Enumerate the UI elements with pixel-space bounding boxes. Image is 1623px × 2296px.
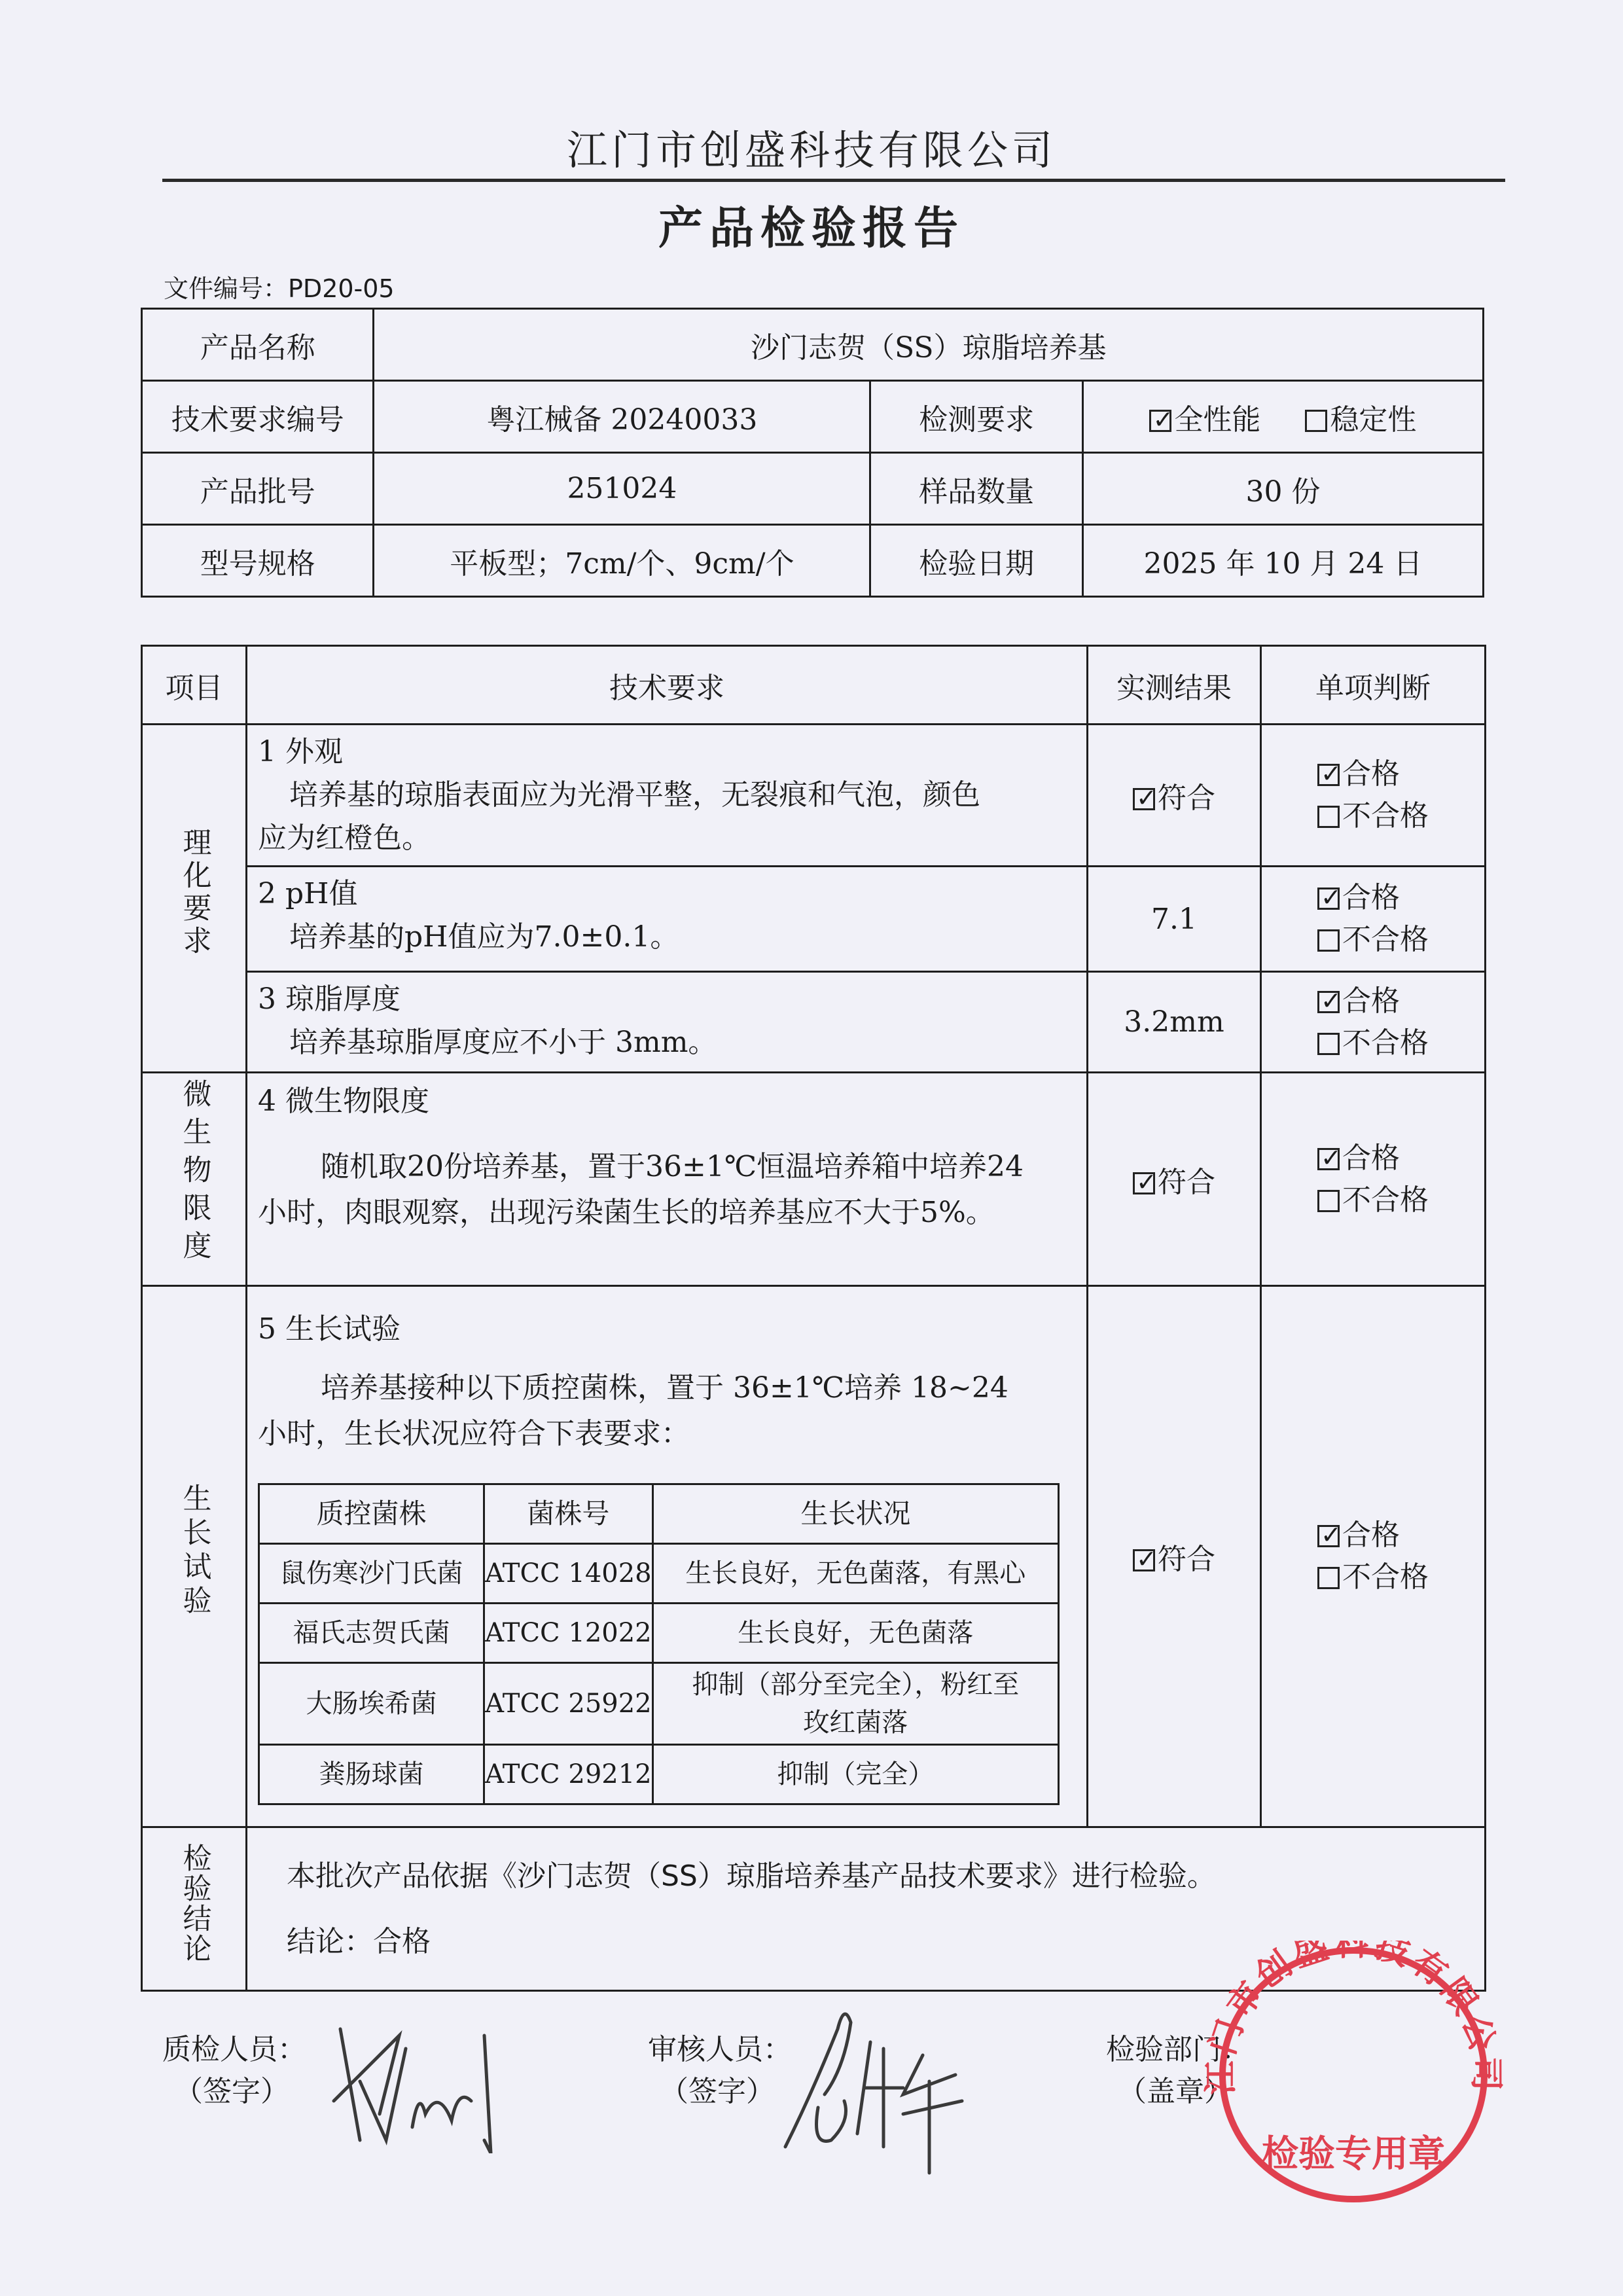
header-judgement: 单项判断 xyxy=(1261,646,1486,725)
header-result: 实测结果 xyxy=(1088,646,1261,725)
strain-header-row: 质控菌株 菌株号 生长状况 xyxy=(259,1484,1059,1544)
strain-row: 福氏志贺氏菌 ATCC 12022 生长良好，无色菌落 xyxy=(259,1604,1059,1663)
info-row-model: 型号规格 平板型；7cm/个、9cm/个 检验日期 2025 年 10 月 24… xyxy=(142,525,1484,597)
judge-appearance-fail-checkbox[interactable] xyxy=(1317,806,1340,828)
strain-growth: 生长良好，无色菌落，有黑心 xyxy=(652,1544,1058,1604)
group-physchem: 理化要求 xyxy=(142,725,247,1073)
judge-fail-label: 不合格 xyxy=(1342,1183,1429,1217)
inspection-row-thickness: 3 琼脂厚度 培养基琼脂厚度应不小于 3mm。 3.2mm 合格 不合格 xyxy=(142,972,1486,1073)
stability-checkbox[interactable] xyxy=(1305,410,1327,432)
sample-qty-label: 样品数量 xyxy=(870,453,1082,525)
conclusion-text: 本批次产品依据《沙门志贺（SS）琼脂培养基产品技术要求》进行检验。 xyxy=(287,1844,1484,1909)
result-appearance-checkbox[interactable] xyxy=(1133,788,1155,810)
group-conclusion: 检验结论 xyxy=(142,1827,247,1991)
req-ph-title: 2 pH值 xyxy=(258,872,1086,916)
strain-row: 鼠伤寒沙门氏菌 ATCC 14028 生长良好，无色菌落，有黑心 xyxy=(259,1544,1059,1604)
test-req-label: 检测要求 xyxy=(870,381,1082,453)
judge-thickness: 合格 不合格 xyxy=(1261,972,1486,1073)
result-thickness: 3.2mm xyxy=(1088,972,1261,1073)
judge-fail-label: 不合格 xyxy=(1342,799,1429,833)
strain-name: 大肠埃希菌 xyxy=(259,1663,484,1745)
strain-id: ATCC 14028 xyxy=(484,1544,653,1604)
seal-inner-text: 检验专用章 xyxy=(1262,2133,1445,2176)
result-ph: 7.1 xyxy=(1088,867,1261,972)
header-tech-req: 技术要求 xyxy=(247,646,1088,725)
judge-microbial-fail-checkbox[interactable] xyxy=(1317,1190,1340,1212)
result-appearance-value: 符合 xyxy=(1158,781,1215,815)
group-growth-label: 生长试验 xyxy=(174,1483,215,1619)
file-number-label: 文件编号： xyxy=(164,274,288,303)
inspection-row-growth: 生长试验 5 生长试验 培养基接种以下质控菌株，置于 36±1℃培养 18~24… xyxy=(142,1286,1486,1827)
group-micro-label: 微生物限度 xyxy=(174,1079,215,1268)
reviewer-signature-field: 审核人员： （签字） xyxy=(648,2029,792,2113)
inspection-row-microbial: 微生物限度 4 微生物限度 随机取20份培养基，置于36±1℃恒温培养箱中培养2… xyxy=(142,1073,1486,1286)
file-number: 文件编号：PD20-05 xyxy=(164,268,395,304)
inspection-row-appearance: 理化要求 1 外观 培养基的琼脂表面应为光滑平整，无裂痕和气泡，颜色 应为红橙色… xyxy=(142,725,1486,867)
strain-header-name: 质控菌株 xyxy=(259,1484,484,1544)
group-micro: 微生物限度 xyxy=(142,1073,247,1286)
result-growth: 符合 xyxy=(1088,1286,1261,1827)
strain-header-growth: 生长状况 xyxy=(652,1484,1058,1544)
judge-pass-label: 合格 xyxy=(1342,757,1400,791)
result-appearance: 符合 xyxy=(1088,725,1261,867)
judge-pass-label: 合格 xyxy=(1342,984,1400,1018)
req-microbial: 4 微生物限度 随机取20份培养基，置于36±1℃恒温培养箱中培养24 小时，肉… xyxy=(247,1073,1088,1286)
company-name: 江门市创盛科技有限公司 xyxy=(0,118,1623,176)
full-performance-checkbox[interactable] xyxy=(1149,410,1171,432)
strain-growth: 抑制（部分至完全），粉红至 玫红菌落 xyxy=(652,1663,1058,1745)
req-thickness-text1: 培养基琼脂厚度应不小于 3mm。 xyxy=(258,1021,1086,1064)
strain-growth: 抑制（完全） xyxy=(652,1745,1058,1804)
model-label: 型号规格 xyxy=(142,525,374,597)
inspector-label: 质检人员： xyxy=(162,2029,306,2071)
reviewer-signature xyxy=(772,2003,1008,2179)
product-info-table: 产品名称 沙门志贺（SS）琼脂培养基 技术要求编号 粤江械备 20240033 … xyxy=(141,308,1484,598)
judge-microbial-pass-checkbox[interactable] xyxy=(1317,1148,1340,1170)
info-row-batch: 产品批号 251024 样品数量 30 份 xyxy=(142,453,1484,525)
req-appearance: 1 外观 培养基的琼脂表面应为光滑平整，无裂痕和气泡，颜色 应为红橙色。 xyxy=(247,725,1088,867)
req-thickness: 3 琼脂厚度 培养基琼脂厚度应不小于 3mm。 xyxy=(247,972,1088,1073)
inspection-table: 项目 技术要求 实测结果 单项判断 理化要求 1 外观 培养基的琼脂表面应为光滑… xyxy=(141,645,1486,1992)
reviewer-sub: （签字） xyxy=(648,2071,792,2113)
product-name-label: 产品名称 xyxy=(142,309,374,381)
company-seal: 江门市创盛科技有限公司 检验专用章 xyxy=(1203,1941,1504,2202)
req-ph-text1: 培养基的pH值应为7.0±0.1。 xyxy=(258,916,1086,959)
judge-growth-pass-checkbox[interactable] xyxy=(1317,1525,1340,1547)
info-row-product-name: 产品名称 沙门志贺（SS）琼脂培养基 xyxy=(142,309,1484,381)
judge-ph-pass-checkbox[interactable] xyxy=(1317,888,1340,910)
strain-row: 大肠埃希菌 ATCC 25922 抑制（部分至完全），粉红至 玫红菌落 xyxy=(259,1663,1059,1745)
req-appearance-text1: 培养基的琼脂表面应为光滑平整，无裂痕和气泡，颜色 xyxy=(258,774,1086,817)
info-row-tech-req: 技术要求编号 粤江械备 20240033 检测要求 全性能 稳定性 xyxy=(142,381,1484,453)
judge-growth-fail-checkbox[interactable] xyxy=(1317,1567,1340,1589)
stability-label: 稳定性 xyxy=(1330,403,1416,437)
result-growth-value: 符合 xyxy=(1158,1543,1215,1576)
report-title: 产品检验报告 xyxy=(0,193,1623,257)
req-microbial-text2: 小时，肉眼观察，出现污染菌生长的培养基应不大于5%。 xyxy=(258,1190,1086,1236)
strain-growth: 生长良好，无色菌落 xyxy=(652,1604,1058,1663)
judge-pass-label: 合格 xyxy=(1342,1518,1400,1552)
judge-ph-fail-checkbox[interactable] xyxy=(1317,929,1340,952)
req-growth-title: 5 生长试验 xyxy=(258,1306,1086,1352)
model-value: 平板型；7cm/个、9cm/个 xyxy=(374,525,870,597)
inspector-sub: （签字） xyxy=(162,2071,306,2113)
strain-id: ATCC 12022 xyxy=(484,1604,653,1663)
judge-thickness-pass-checkbox[interactable] xyxy=(1317,991,1340,1013)
req-microbial-title: 4 微生物限度 xyxy=(258,1079,1086,1124)
inspector-signature-field: 质检人员： （签字） xyxy=(162,2029,306,2113)
strain-id: ATCC 29212 xyxy=(484,1745,653,1804)
judge-growth: 合格 不合格 xyxy=(1261,1286,1486,1827)
strain-name: 粪肠球菌 xyxy=(259,1745,484,1804)
judge-fail-label: 不合格 xyxy=(1342,1560,1429,1594)
group-conclusion-label: 检验结论 xyxy=(174,1843,215,1964)
tech-req-no-label: 技术要求编号 xyxy=(142,381,374,453)
inspection-row-ph: 2 pH值 培养基的pH值应为7.0±0.1。 7.1 合格 不合格 xyxy=(142,867,1486,972)
test-req-options: 全性能 稳定性 xyxy=(1082,381,1483,453)
result-microbial-checkbox[interactable] xyxy=(1133,1172,1155,1194)
judge-microbial: 合格 不合格 xyxy=(1261,1073,1486,1286)
strain-growth-line1: 抑制（部分至完全），粉红至 xyxy=(692,1670,1019,1700)
seal-outer-text: 江门市创盛科技有限公司 xyxy=(1203,1941,1504,2095)
product-name-value: 沙门志贺（SS）琼脂培养基 xyxy=(374,309,1484,381)
tech-req-no-value: 粤江械备 20240033 xyxy=(374,381,870,453)
judge-appearance: 合格 不合格 xyxy=(1261,725,1486,867)
strain-name: 福氏志贺氏菌 xyxy=(259,1604,484,1663)
judge-ph: 合格 不合格 xyxy=(1261,867,1486,972)
file-number-value: PD20-05 xyxy=(288,274,395,303)
strain-name: 鼠伤寒沙门氏菌 xyxy=(259,1544,484,1604)
strain-id: ATCC 25922 xyxy=(484,1663,653,1745)
judge-appearance-pass-checkbox[interactable] xyxy=(1317,764,1340,786)
group-growth: 生长试验 xyxy=(142,1286,247,1827)
result-growth-checkbox[interactable] xyxy=(1133,1549,1155,1571)
reviewer-label: 审核人员： xyxy=(648,2029,792,2071)
judge-pass-label: 合格 xyxy=(1342,881,1400,914)
batch-value: 251024 xyxy=(374,453,870,525)
header-rule xyxy=(162,179,1505,182)
result-ph-value: 7.1 xyxy=(1151,903,1197,936)
result-microbial-value: 符合 xyxy=(1158,1166,1215,1199)
req-growth-text2: 小时，生长状况应符合下表要求： xyxy=(258,1411,1086,1457)
req-appearance-title: 1 外观 xyxy=(258,730,1086,774)
test-date-value: 2025 年 10 月 24 日 xyxy=(1082,525,1483,597)
strain-growth-line2: 玫红菌落 xyxy=(803,1708,908,1738)
result-microbial: 符合 xyxy=(1088,1073,1261,1286)
req-thickness-title: 3 琼脂厚度 xyxy=(258,978,1086,1021)
batch-label: 产品批号 xyxy=(142,453,374,525)
req-appearance-text2: 应为红橙色。 xyxy=(258,817,1086,860)
judge-fail-label: 不合格 xyxy=(1342,923,1429,956)
judge-pass-label: 合格 xyxy=(1342,1141,1400,1175)
req-microbial-text1: 随机取20份培养基，置于36±1℃恒温培养箱中培养24 xyxy=(258,1144,1086,1190)
inspector-signature xyxy=(321,2009,530,2153)
sample-qty-value: 30 份 xyxy=(1082,453,1483,525)
header-item: 项目 xyxy=(142,646,247,725)
full-performance-label: 全性能 xyxy=(1174,403,1260,437)
req-ph: 2 pH值 培养基的pH值应为7.0±0.1。 xyxy=(247,867,1088,972)
inspection-header-row: 项目 技术要求 实测结果 单项判断 xyxy=(142,646,1486,725)
strain-row: 粪肠球菌 ATCC 29212 抑制（完全） xyxy=(259,1745,1059,1804)
judge-thickness-fail-checkbox[interactable] xyxy=(1317,1033,1340,1055)
strain-table: 质控菌株 菌株号 生长状况 鼠伤寒沙门氏菌 ATCC 14028 生长良好，无色… xyxy=(258,1483,1060,1805)
test-date-label: 检验日期 xyxy=(870,525,1082,597)
req-growth-text1: 培养基接种以下质控菌株，置于 36±1℃培养 18~24 xyxy=(258,1365,1086,1411)
group-physchem-label: 理化要求 xyxy=(174,827,215,958)
result-thickness-value: 3.2mm xyxy=(1124,1005,1224,1039)
judge-fail-label: 不合格 xyxy=(1342,1026,1429,1060)
strain-header-id: 菌株号 xyxy=(484,1484,653,1544)
req-growth: 5 生长试验 培养基接种以下质控菌株，置于 36±1℃培养 18~24 小时，生… xyxy=(247,1286,1088,1827)
